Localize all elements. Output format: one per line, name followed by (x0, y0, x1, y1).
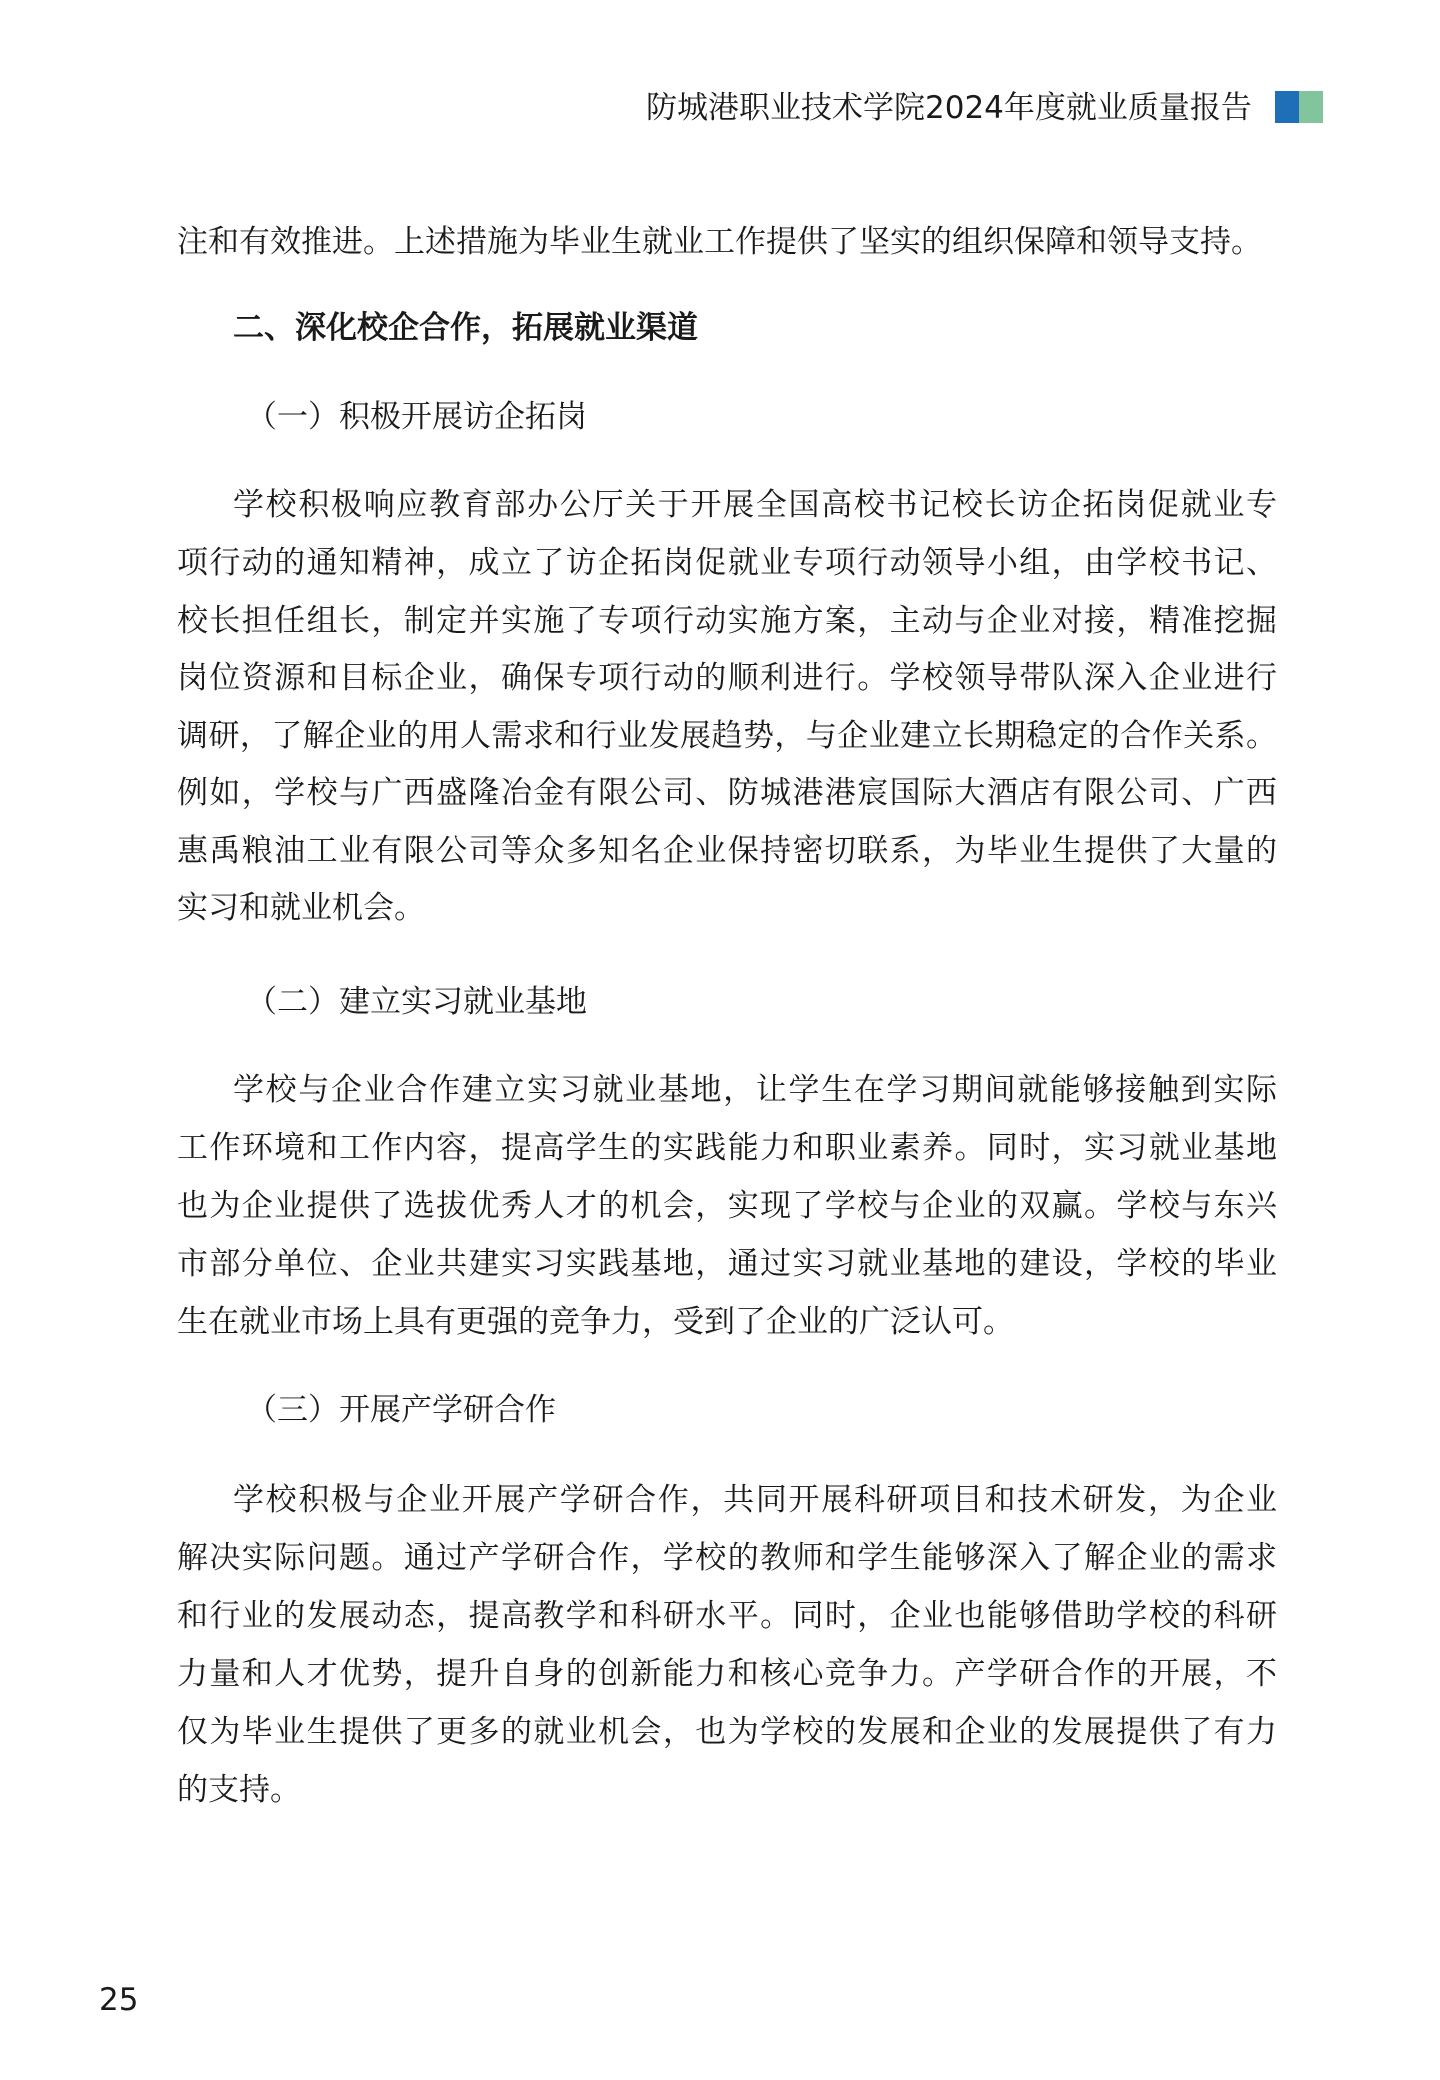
paragraph-line: 和行业的发展动态，提高教学和科研水平。同时，企业也能够借助学校的科研 (177, 1596, 1277, 1636)
continuation-text: 注和有效推进。上述措施为毕业生就业工作提供了坚实的组织保障和领导支持。 (177, 222, 1277, 262)
subsection-heading-1: （一）积极开展访企拓岗 (246, 397, 587, 437)
paragraph-line: 惠禹粮油工业有限公司等众多知名企业保持密切联系，为毕业生提供了大量的 (177, 831, 1277, 871)
paragraph-line: 校长担任组长，制定并实施了专项行动实施方案，主动与企业对接，精准挖掘 (177, 601, 1277, 641)
page-number: 25 (99, 1980, 138, 2020)
report-header-title: 防城港职业技术学院2024年度就业质量报告 (646, 88, 1252, 128)
paragraph-line: 的支持。 (177, 1770, 1277, 1810)
paragraph-line: 学校积极响应教育部办公厅关于开展全国高校书记校长访企拓岗促就业专 (233, 485, 1277, 525)
blue-block-icon (1275, 91, 1299, 123)
paragraph-line: 项行动的通知精神，成立了访企拓岗促就业专项行动领导小组，由学校书记、 (177, 543, 1277, 583)
header-color-mark (1275, 91, 1323, 123)
paragraph-line: 调研，了解企业的用人需求和行业发展趋势，与企业建立长期稳定的合作关系。 (177, 716, 1277, 756)
green-block-icon (1299, 91, 1323, 123)
paragraph-line: 例如，学校与广西盛隆冶金有限公司、防城港港宸国际大酒店有限公司、广西 (177, 773, 1277, 813)
paragraph-line: 实习和就业机会。 (177, 888, 1277, 928)
paragraph-line: 生在就业市场上具有更强的竞争力，受到了企业的广泛认可。 (177, 1302, 1277, 1342)
subsection-heading-3: （三）开展产学研合作 (246, 1390, 556, 1430)
paragraph-line: 力量和人才优势，提升自身的创新能力和核心竞争力。产学研合作的开展，不 (177, 1654, 1277, 1694)
section-heading: 二、深化校企合作，拓展就业渠道 (233, 308, 698, 348)
paragraph-line: 解决实际问题。通过产学研合作，学校的教师和学生能够深入了解企业的需求 (177, 1538, 1277, 1578)
paragraph-line: 仅为毕业生提供了更多的就业机会，也为学校的发展和企业的发展提供了有力 (177, 1712, 1277, 1752)
paragraph-line: 学校与企业合作建立实习就业基地，让学生在学习期间就能够接触到实际 (233, 1070, 1277, 1110)
subsection-heading-2: （二）建立实习就业基地 (246, 982, 587, 1022)
paragraph-line: 也为企业提供了选拔优秀人才的机会，实现了学校与企业的双赢。学校与东兴 (177, 1186, 1277, 1226)
paragraph-line: 工作环境和工作内容，提高学生的实践能力和职业素养。同时，实习就业基地 (177, 1128, 1277, 1168)
paragraph-line: 岗位资源和目标企业，确保专项行动的顺利进行。学校领导带队深入企业进行 (177, 658, 1277, 698)
paragraph-line: 学校积极与企业开展产学研合作，共同开展科研项目和技术研发，为企业 (233, 1480, 1277, 1520)
paragraph-line: 市部分单位、企业共建实习实践基地，通过实习就业基地的建设，学校的毕业 (177, 1244, 1277, 1284)
